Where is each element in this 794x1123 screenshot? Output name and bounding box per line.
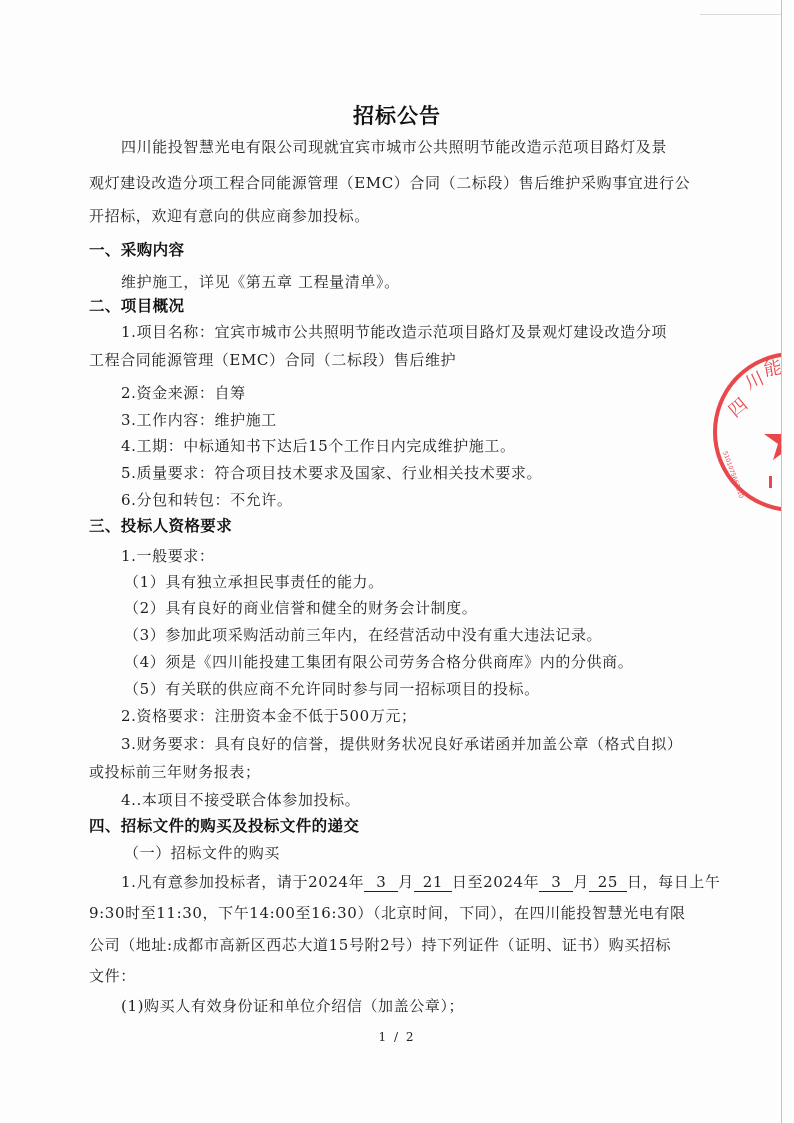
overview-duration: 4.工期：中标通知书下达后15个工作日内完成维护施工。 <box>121 436 516 456</box>
qualification-requirement: 2.资格要求：注册资本金不低于500万元； <box>121 706 417 726</box>
start-day: 21 <box>414 874 452 892</box>
purchase-suffix: 日，每日上午 <box>627 873 721 891</box>
purchase-document-item-1: (1)购买人有效身份证和单位介绍信（加盖公章）； <box>121 996 464 1016</box>
general-requirement-1: （1）具有独立承担民事责任的能力。 <box>124 572 384 592</box>
month-label: 月 <box>398 873 414 891</box>
financial-requirement-2: 或投标前三年财务报表； <box>89 762 261 782</box>
company-seal-stamp: 四 川 能 5101075667610 <box>709 348 781 516</box>
purchase-address-line: 公司（地址:成都市高新区西芯大道15号附2号）持下列证件（证明、证书）购买招标 <box>89 935 671 955</box>
overview-quality: 5.质量要求：符合项目技术要求及国家、行业相关技术要求。 <box>121 463 542 483</box>
svg-text:四: 四 <box>725 394 752 422</box>
end-month: 3 <box>539 874 573 892</box>
overview-subcontracting: 6.分包和转包：不允许。 <box>121 490 293 510</box>
overview-project-name-1: 1.项目名称：宜宾市城市公共照明节能改造示范项目路灯及景观灯建设改造分项 <box>121 322 667 342</box>
section-heading-qualifications: 三、投标人资格要求 <box>89 516 232 536</box>
overview-work-content: 3.工作内容：维护施工 <box>121 410 277 430</box>
svg-text:能: 能 <box>762 357 781 381</box>
purchase-period-line: 1.凡有意参加投标者，请于2024年3月21日至2024年3月25日，每日上午 <box>121 872 721 892</box>
seal-icon: 四 川 能 5101075667610 <box>709 348 781 516</box>
general-requirements-label: 1.一般要求： <box>121 546 215 566</box>
svg-text:5101075667610: 5101075667610 <box>721 450 745 499</box>
page-edge-rule <box>781 0 782 1123</box>
subsection-document-purchase: （一）招标文件的购买 <box>124 843 280 863</box>
scan-edge-line <box>700 14 782 15</box>
page-number: 1 / 2 <box>0 1030 794 1044</box>
general-requirement-4: （4）须是《四川能投建工集团有限公司劳务合格分供商库》内的分供商。 <box>124 652 633 672</box>
document-title: 招标公告 <box>0 100 794 130</box>
purchase-documents-line: 文件： <box>89 966 136 986</box>
end-day: 25 <box>589 874 627 892</box>
purchase-prefix: 1.凡有意参加投标者，请于2024年 <box>121 873 364 891</box>
purchase-mid: 日至2024年 <box>452 873 539 891</box>
financial-requirement-1: 3.财务要求：具有良好的信誉，提供财务状况良好承诺函并加盖公章（格式自拟） <box>121 734 683 754</box>
consortium-requirement: 4..本项目不接受联合体参加投标。 <box>121 790 360 810</box>
start-month: 3 <box>364 874 398 892</box>
document-page: 招标公告 四川能投智慧光电有限公司现就宜宾市城市公共照明节能改造示范项目路灯及景… <box>0 0 794 1123</box>
overview-funding: 2.资金来源：自筹 <box>121 383 246 403</box>
intro-line-3: 开招标，欢迎有意向的供应商参加投标。 <box>89 206 370 226</box>
section-heading-documents: 四、招标文件的购买及投标文件的递交 <box>89 816 359 836</box>
intro-line-2: 观灯建设改造分项工程合同能源管理（EMC）合同（二标段）售后维护采购事宜进行公 <box>89 173 690 193</box>
general-requirement-5: （5）有关联的供应商不允许同时参与同一招标项目的投标。 <box>124 679 540 699</box>
section-heading-procurement: 一、采购内容 <box>89 240 184 260</box>
general-requirement-2: （2）具有良好的商业信誉和健全的财务会计制度。 <box>124 598 477 618</box>
general-requirement-3: （3）参加此项采购活动前三年内，在经营活动中没有重大违法记录。 <box>124 625 602 645</box>
month-label-2: 月 <box>573 873 589 891</box>
purchase-hours-line: 9:30时至11:30，下午14:00至16:30）（北京时间，下同），在四川能… <box>89 903 686 923</box>
overview-project-name-2: 工程合同能源管理（EMC）合同（二标段）售后维护 <box>89 350 456 370</box>
section-heading-overview: 二、项目概况 <box>89 296 184 316</box>
intro-line-1: 四川能投智慧光电有限公司现就宜宾市城市公共照明节能改造示范项目路灯及景 <box>121 137 667 157</box>
procurement-content: 维护施工，详见《第五章 工程量清单》。 <box>121 272 400 292</box>
